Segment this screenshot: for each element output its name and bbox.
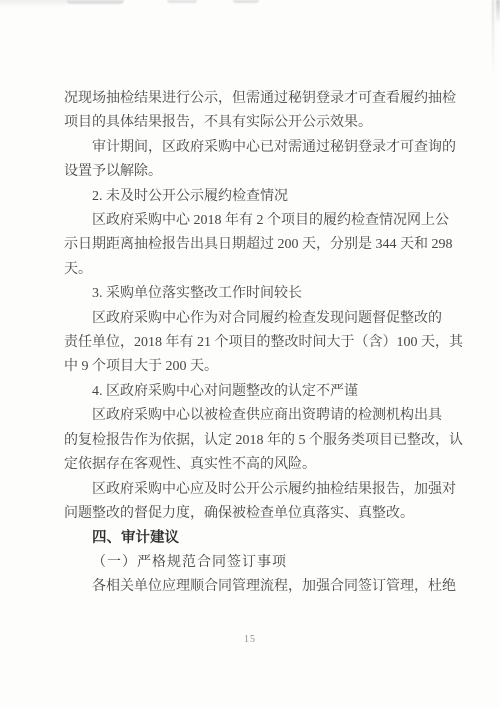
scan-artifact-corner <box>496 0 500 24</box>
text-line: 区政府采购中心作为对合同履约检查发现问题督促整改的 <box>64 307 446 331</box>
text-line: 责任单位，2018 年有 21 个项目的整改时间大于（含）100 天，其 <box>64 331 446 355</box>
text-line: 各相关单位应理顺合同管理流程，加强合同签订管理，杜绝 <box>64 575 446 599</box>
text-line: 定依据存在客观性、真实性不高的风险。 <box>64 453 446 477</box>
text-line: 示日期距离抽检报告出具日期超过 200 天，分别是 344 天和 298 <box>64 233 446 257</box>
text-line: 审计期间，区政府采购中心已对需通过秘钥登录才可查询的 <box>64 136 446 160</box>
numbered-item: 3. 采购单位落实整改工作时间较长 <box>64 282 446 306</box>
numbered-item: 2. 未及时公开公示履约检查情况 <box>64 185 446 209</box>
text-line: 区政府采购中心 2018 年有 2 个项目的履约检查情况网上公 <box>64 209 446 233</box>
text-line: 中 9 个项目大于 200 天。 <box>64 355 446 379</box>
section-heading: 四、审计建议 <box>64 526 446 550</box>
text-line: 况现场抽检结果进行公示，但需通过秘钥登录才可查看履约抽检 <box>64 87 446 111</box>
text-line: 区政府采购中心应及时公开公示履约抽检结果报告，加强对 <box>64 478 446 502</box>
numbered-item: 4. 区政府采购中心对问题整改的认定不严谨 <box>64 380 446 404</box>
scan-artifact-top-smudge <box>66 0 124 4</box>
scan-artifact-top-smudge <box>233 0 259 3</box>
page-number: 15 <box>0 633 500 647</box>
text-line: 设置予以解除。 <box>64 160 446 184</box>
scan-artifact-top-smudge <box>167 0 197 3</box>
scan-artifact-topleft-band <box>0 0 66 6</box>
subsection-heading: （一）严格规范合同签订事项 <box>64 551 446 575</box>
scan-artifact-page-edge <box>492 0 494 78</box>
text-line: 区政府采购中心以被检查供应商出资聘请的检测机构出具 <box>64 404 446 428</box>
text-line: 的复检报告作为依据，认定 2018 年的 5 个服务类项目已整改，认 <box>64 429 446 453</box>
text-line: 问题整改的督促力度，确保被检查单位真落实、真整改。 <box>64 502 446 526</box>
text-line: 天。 <box>64 258 446 282</box>
document-body: 况现场抽检结果进行公示，但需通过秘钥登录才可查看履约抽检 项目的具体结果报告，不… <box>64 87 446 600</box>
text-line: 项目的具体结果报告，不具有实际公开公示效果。 <box>64 111 446 135</box>
scanned-document-page: 况现场抽检结果进行公示，但需通过秘钥登录才可查看履约抽检 项目的具体结果报告，不… <box>0 0 500 707</box>
